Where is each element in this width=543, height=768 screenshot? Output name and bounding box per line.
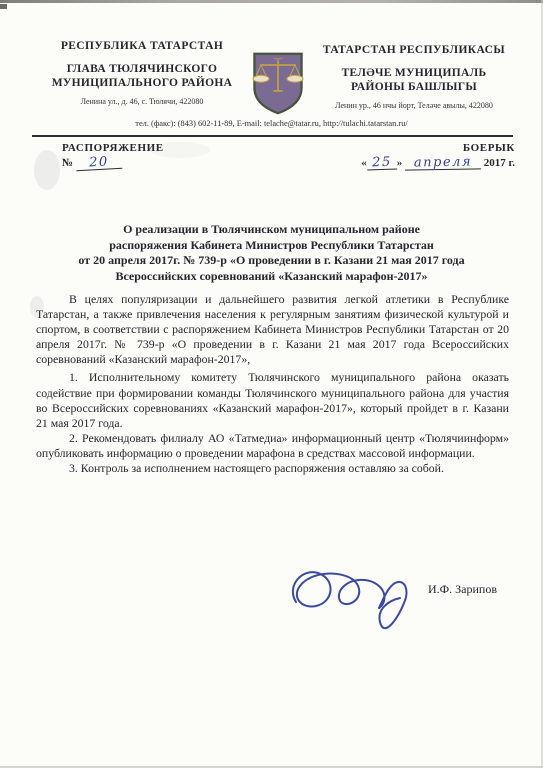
header-right-block: ТАТАРСТАН РЕСПУБЛИКАСЫ ТЕЛӘЧЕ МУНИЦИПАЛЬ…	[298, 44, 530, 110]
title-line-1: О реализации в Тюлячинском муниципальном…	[30, 222, 513, 238]
org-name-ru-line1: ГЛАВА ТЮЛЯЧИНСКОГО	[28, 62, 256, 76]
title-line-3: от 20 апреля 2017г. № 739-р «О проведени…	[30, 253, 513, 269]
header-left-block: РЕСПУБЛИКА ТАТАРСТАН ГЛАВА ТЮЛЯЧИНСКОГО …	[28, 40, 256, 106]
title-line-2: распоряжения Кабинета Министров Республи…	[30, 238, 513, 254]
doc-type-ru: РАСПОРЯЖЕНИЕ	[62, 142, 164, 154]
title-line-4: Всероссийских соревнований «Казанский ма…	[30, 269, 513, 285]
number-sign: №	[62, 157, 73, 169]
date-month-handwritten: апреля	[405, 156, 481, 170]
date-quote-close: »	[397, 157, 403, 169]
order-item-1: 1. Исполнительному комитету Тюлячинского…	[36, 370, 509, 430]
org-address-ru: Ленина ул., д. 46, с. Тюлячи, 422080	[28, 97, 256, 106]
document-title: О реализации в Тюлячинском муниципальном…	[30, 222, 513, 284]
order-meta-left: РАСПОРЯЖЕНИЕ № 20	[62, 142, 164, 170]
org-address-tat: Ленин ур., 46 нчы йорт, Теләче авылы, 42…	[298, 101, 530, 110]
order-item-3: 3. Контроль за исполнением настоящего ра…	[36, 461, 509, 476]
scan-corner-mark	[0, 4, 7, 9]
paragraph-preamble: В целях популяризации и дальнейшего разв…	[36, 292, 509, 367]
doc-number-row: № 20	[62, 157, 164, 170]
scan-edge-top	[0, 0, 543, 3]
order-item-2: 2. Рекомендовать филиалу АО «Татмедиа» и…	[36, 431, 509, 461]
org-name-ru: ГЛАВА ТЮЛЯЧИНСКОГО МУНИЦИПАЛЬНОГО РАЙОНА	[28, 62, 256, 90]
order-meta-right: БОЕРЫК «25» апреля 2017 г.	[361, 142, 515, 170]
republic-name-tat: ТАТАРСТАН РЕСПУБЛИКАСЫ	[298, 44, 530, 56]
document-body: В целях популяризации и дальнейшего разв…	[36, 292, 509, 476]
date-day-handwritten: 25	[367, 156, 397, 170]
signatory-name: И.Ф. Зарипов	[428, 582, 497, 597]
org-name-tat-line2: РАЙОНЫ БАШЛЫГЫ	[298, 80, 530, 94]
doc-type-tat: БОЕРЫК	[361, 142, 515, 154]
org-name-ru-line2: МУНИЦИПАЛЬНОГО РАЙОНА	[28, 76, 256, 90]
org-name-tat: ТЕЛӘЧЕ МУНИЦИПАЛЬ РАЙОНЫ БАШЛЫГЫ	[298, 66, 530, 94]
scan-smudge	[34, 150, 60, 190]
doc-date-row: «25» апреля 2017 г.	[361, 157, 515, 170]
doc-number-handwritten: 20	[76, 156, 123, 171]
date-year: 2017 г.	[484, 157, 515, 169]
signature-block	[280, 558, 430, 653]
signature-scribble-icon	[280, 558, 430, 648]
header-divider	[32, 135, 513, 137]
document-page: РЕСПУБЛИКА ТАТАРСТАН ГЛАВА ТЮЛЯЧИНСКОГО …	[0, 0, 543, 768]
contact-line: тел. (факс): (843) 602-11-89, E-mail: te…	[0, 119, 543, 128]
org-name-tat-line1: ТЕЛӘЧЕ МУНИЦИПАЛЬ	[298, 66, 530, 80]
republic-name-ru: РЕСПУБЛИКА ТАТАРСТАН	[28, 40, 256, 52]
